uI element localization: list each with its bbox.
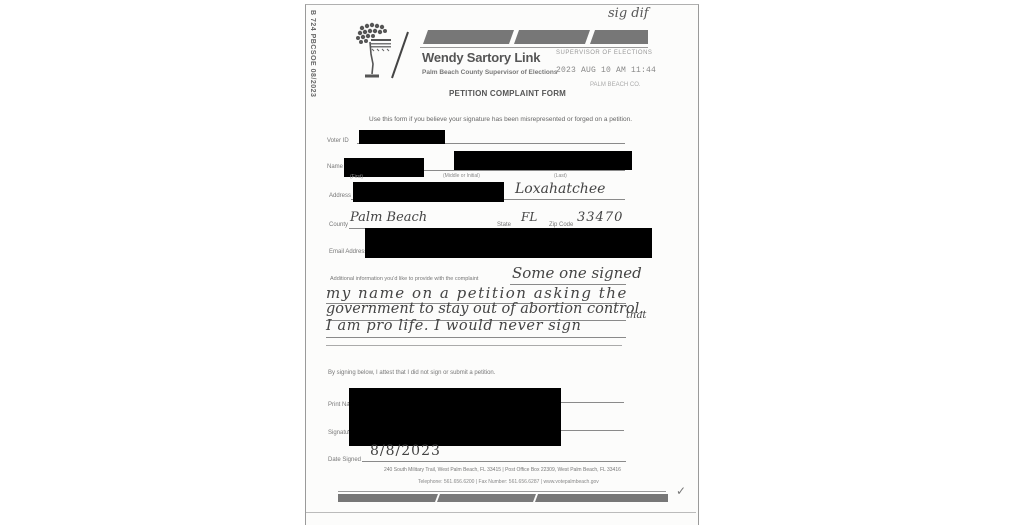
date-signed-line xyxy=(362,461,626,462)
county-handwritten: Palm Beach xyxy=(350,210,427,225)
footer-rule xyxy=(338,491,666,492)
address-redaction xyxy=(353,182,504,202)
check-mark-icon: ✓ xyxy=(676,484,686,498)
date-signed-handwritten: 8/8/2023 xyxy=(370,443,441,459)
header-rule xyxy=(420,47,648,48)
palm-tree-flag-logo-icon xyxy=(352,20,412,82)
received-stamp-datetime: 2023 AUG 10 AM 11:44 xyxy=(556,66,656,75)
header-decorative-bars xyxy=(420,30,648,44)
voter-id-redaction xyxy=(359,130,445,144)
additional-info-label: Additional information you'd like to pro… xyxy=(330,276,478,282)
zip-handwritten: 33470 xyxy=(577,210,623,225)
form-instructions: Use this form if you believe your signat… xyxy=(369,116,632,123)
date-signed-label: Date Signed xyxy=(328,457,361,463)
voter-id-label: Voter ID xyxy=(327,138,349,144)
side-document-code: B 724 PBCSOE 08/2023 xyxy=(302,10,316,120)
received-stamp-line3: PALM BEACH CO. xyxy=(590,82,641,88)
name-last-sublabel: (Last) xyxy=(554,173,567,179)
address-city-handwritten: Loxahatchee xyxy=(515,181,605,197)
organization-name: Wendy Sartory Link xyxy=(422,50,540,65)
handwritten-note: sig dif xyxy=(608,6,649,21)
name-middle-sublabel: (Middle or Initial) xyxy=(443,173,480,179)
name-first-sublabel: (First) xyxy=(350,174,363,180)
email-label: Email Address xyxy=(329,249,367,255)
complaint-handwritten-line-5: that xyxy=(626,310,646,321)
email-redaction xyxy=(365,228,652,258)
footer-decorative-bars xyxy=(338,494,668,502)
form-title: PETITION COMPLAINT FORM xyxy=(449,89,566,98)
county-label: County xyxy=(329,222,348,228)
complaint-handwritten-line-2: my name on a petition asking the xyxy=(326,284,628,302)
name-label: Name xyxy=(327,164,343,170)
state-handwritten: FL xyxy=(521,210,537,224)
name-last-redaction xyxy=(454,151,632,170)
additional-info-line-4 xyxy=(326,337,626,338)
complaint-handwritten-line-3: government to stay out of abortion contr… xyxy=(326,301,644,317)
additional-info-line-5 xyxy=(326,345,622,346)
complaint-handwritten-line-4: I am pro life. I would never sign xyxy=(326,318,581,334)
organization-subtitle: Palm Beach County Supervisor of Election… xyxy=(422,69,557,76)
print-name-signature-redaction xyxy=(349,388,561,446)
footer-contact: Telephone: 561.656.6200 | Fax Number: 56… xyxy=(418,479,599,485)
page-bottom-rule xyxy=(306,512,696,513)
complaint-handwritten-line-1: Some one signed xyxy=(512,264,642,282)
address-label: Address xyxy=(329,193,351,199)
received-stamp-line1: SUPERVISOR OF ELECTIONS xyxy=(556,50,652,56)
footer-address: 240 South Military Trail, West Palm Beac… xyxy=(384,467,621,473)
attestation-text: By signing below, I attest that I did no… xyxy=(328,370,495,376)
